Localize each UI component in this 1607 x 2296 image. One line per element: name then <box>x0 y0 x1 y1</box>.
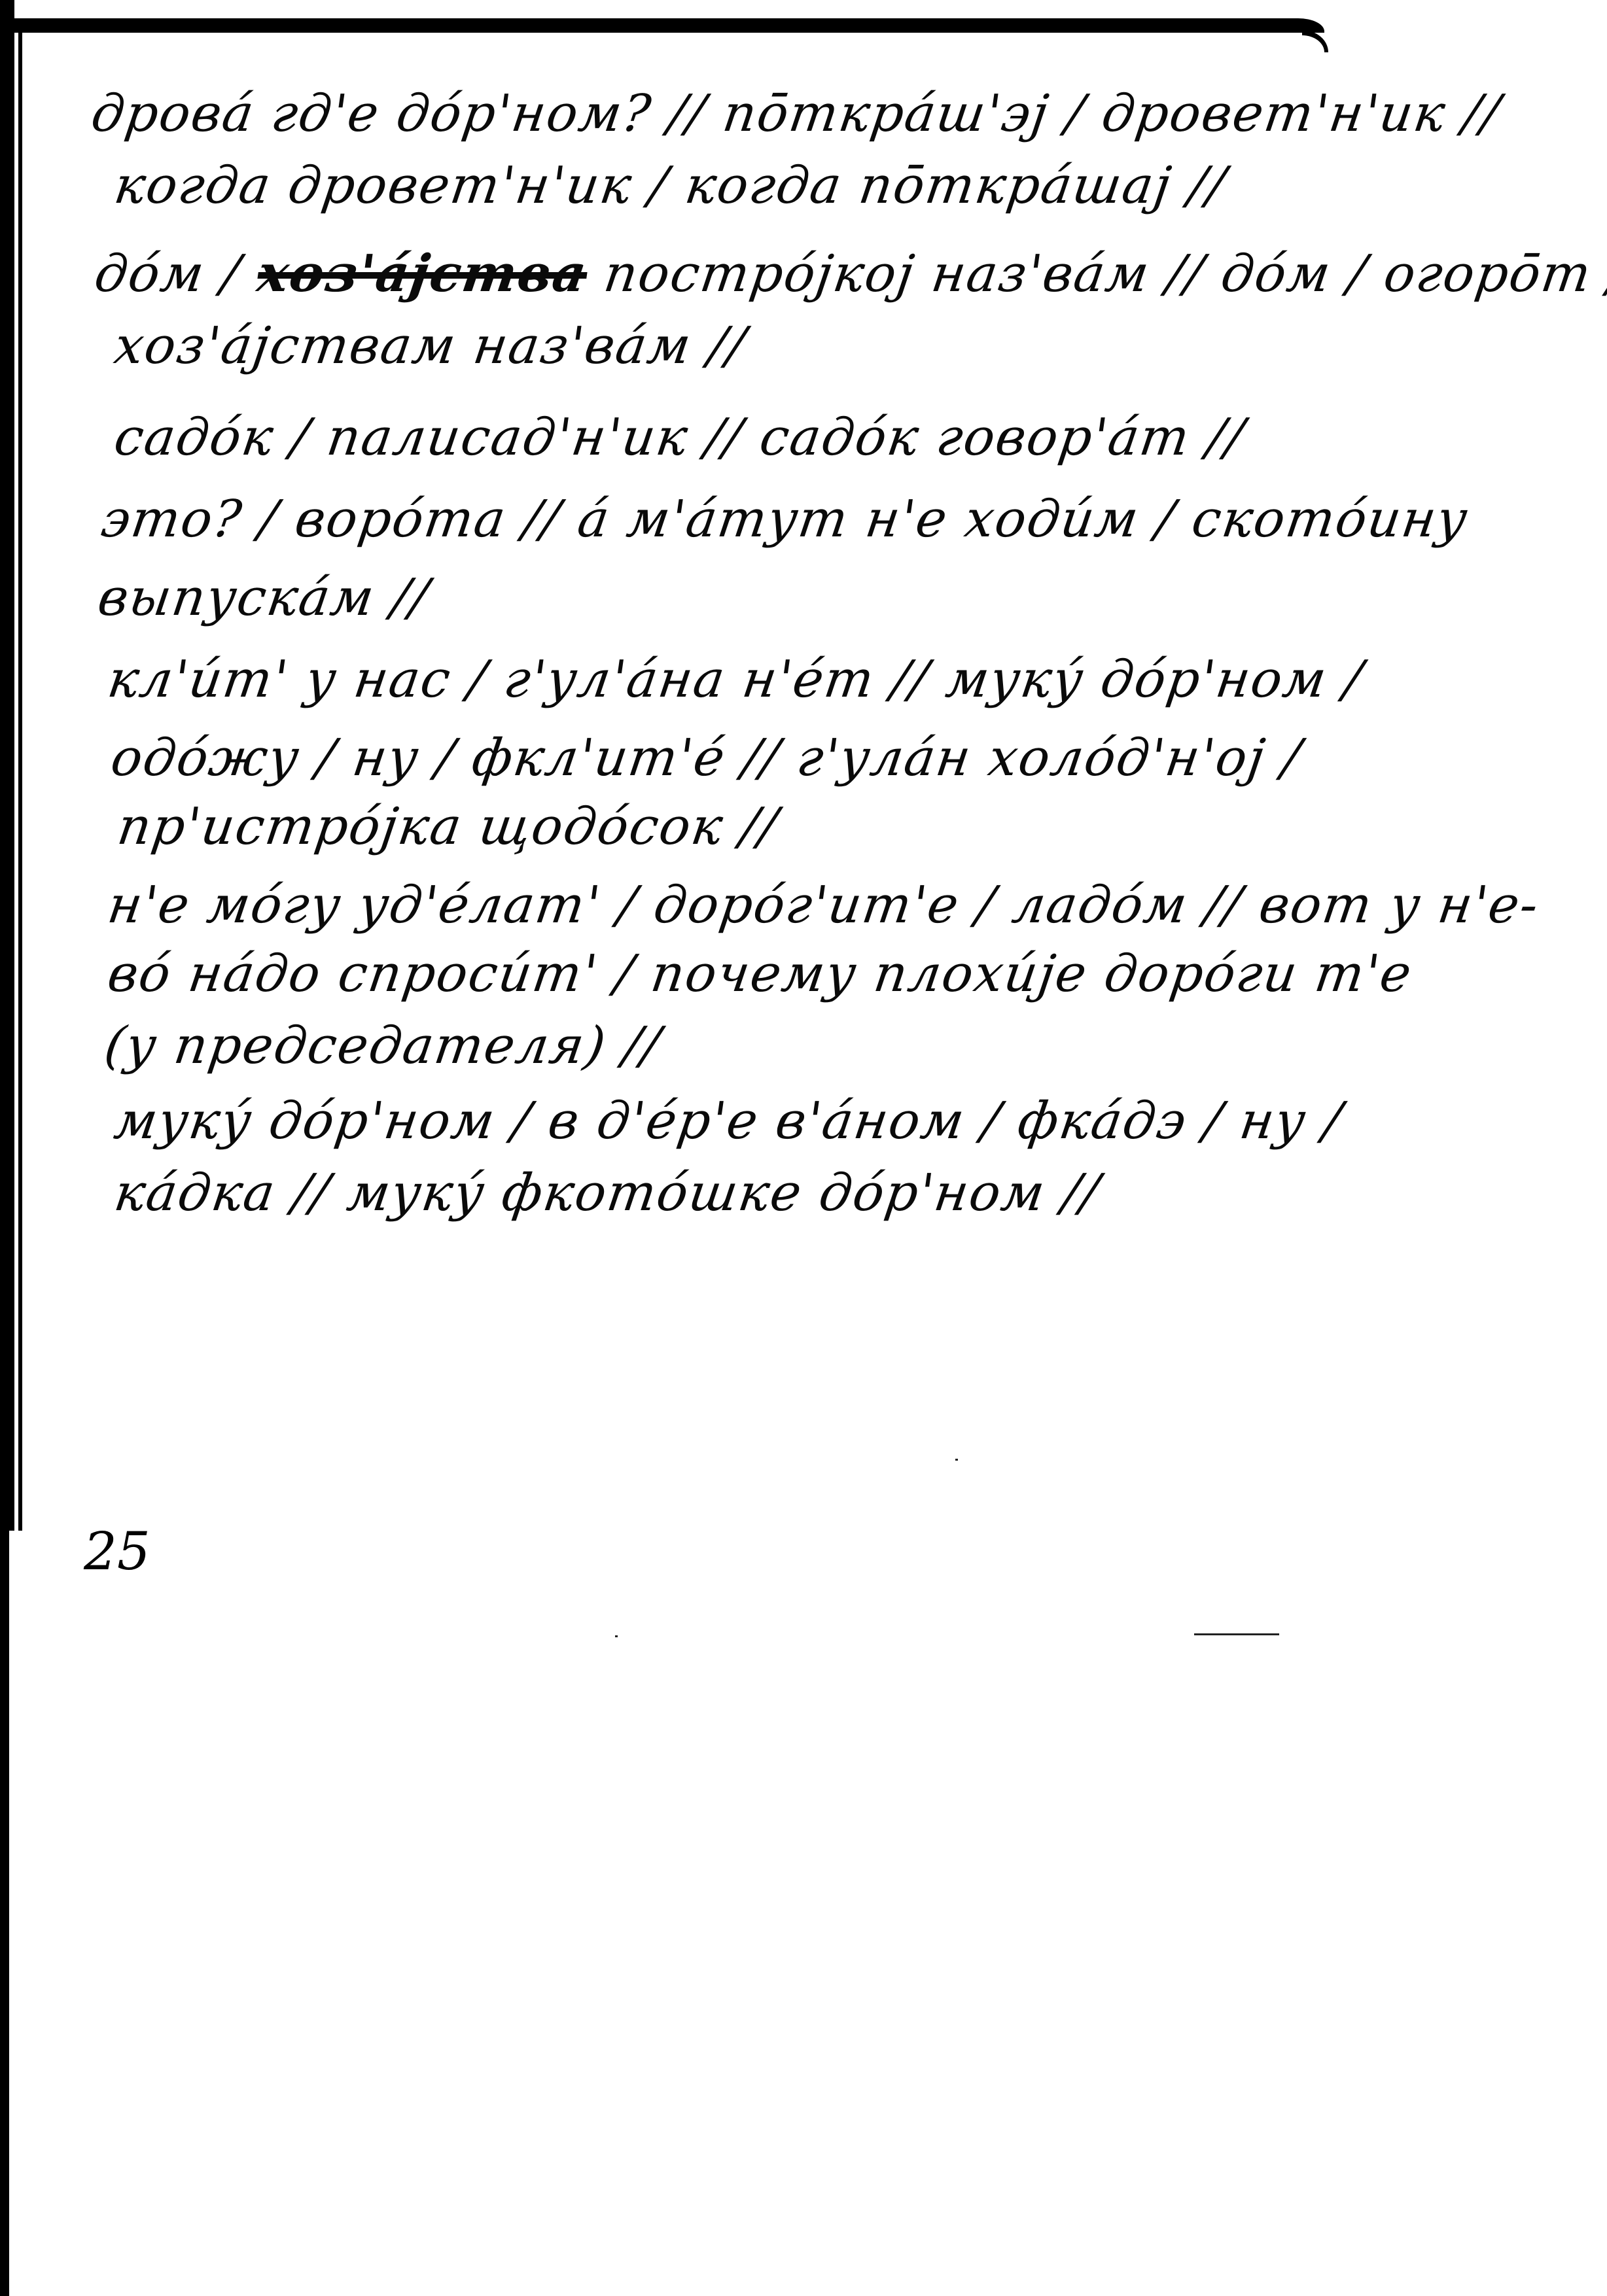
text-line-3: до́м / хоз'а́јства постро́јкој наз'ва́м … <box>92 249 1607 300</box>
text-line-14: муку́ до́р'ном / в д'е́р'е в'а́ном / фка… <box>111 1096 1346 1147</box>
text-line-6: это? / воро́та // а́ м'а́тут н'е ходи́м … <box>98 494 1472 545</box>
scan-artifact <box>1194 1633 1279 1635</box>
text-line-4: хоз'а́јствам наз'ва́м // <box>111 321 749 372</box>
binding-shadow <box>0 0 14 1531</box>
text-line-11: н'е мо́гу уд'е́лат' / доро́г'ит'е / ладо… <box>105 880 1542 931</box>
scanned-page: дрова́ гд'е до́р'ном? // по̄ткра́ш'эј / … <box>0 0 1607 2296</box>
text-line-5: садо́к / палисад'н'ик // садо́к говор'а́… <box>111 412 1248 463</box>
text-line-10: пр'истро́јка щодо́сок // <box>115 801 781 852</box>
text-line-2: когда дровет'н'ик / когда по̄ткра́шај // <box>111 160 1229 211</box>
text-line-1: дрова́ гд'е до́р'ном? // по̄ткра́ш'эј / … <box>88 88 1504 139</box>
text-line-12: во́ на́до спроси́т' / почему плохи́је до… <box>105 948 1415 1000</box>
text-line-3-prefix: до́м / <box>91 245 262 304</box>
text-line-13: (у председателя) // <box>101 1020 664 1071</box>
text-line-7: выпуска́м // <box>95 572 433 623</box>
scan-artifact <box>955 1459 958 1461</box>
page-corner-curl <box>1302 30 1328 52</box>
binding-line <box>18 33 22 1531</box>
text-line-3-suffix: постро́јкој наз'ва́м // до́м / огоро̄т / <box>583 245 1607 304</box>
scan-artifact <box>615 1635 618 1637</box>
scan-edge-top <box>9 18 1324 33</box>
text-line-8: кл'и́т' у нас / г'ул'а́на н'е́т // муку́… <box>105 654 1366 705</box>
page-number: 25 <box>84 1521 150 1582</box>
text-line-9: одо́жу / ну / фкл'ит'е́ // г'ула́н холо́… <box>108 733 1305 784</box>
struck-out-word: хоз'а́јства <box>254 244 592 304</box>
text-line-15: ка́дка // муку́ фкото́шке до́р'ном // <box>111 1168 1103 1219</box>
